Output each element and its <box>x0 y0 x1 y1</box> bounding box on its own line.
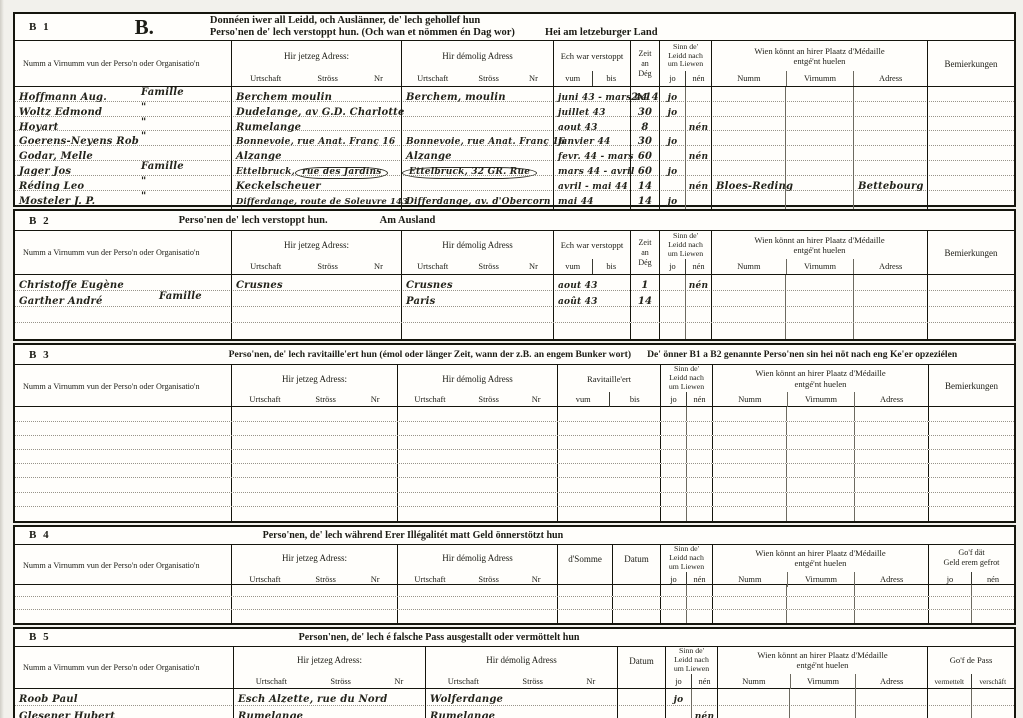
table-row: Godar, Melle Alzange Alzange fevr. 44 - … <box>15 146 1014 161</box>
cell-wien-numm <box>711 191 785 209</box>
cell-vermettelt <box>927 706 971 718</box>
cell-wien-adress <box>853 191 927 209</box>
adress-label: Adress <box>854 392 928 407</box>
cell-empty <box>231 597 397 609</box>
person-name: Christoffe Eugène <box>15 280 124 291</box>
wien-label: Wien könnt an hirer Plaatz d'Médailleent… <box>713 365 928 392</box>
virnumm-label: Virnumm <box>787 392 855 407</box>
demolig-label: Hir démolig Adress <box>398 365 557 392</box>
stross-label: Ströss <box>315 575 335 584</box>
cell-empty <box>557 436 660 449</box>
cell-empty <box>686 450 712 463</box>
cell-nen: nén <box>691 706 717 718</box>
b4-header-demolig: Hir démolig Adress UrtschaftStrössNr <box>397 545 557 587</box>
sinn-label: Sinn de'Leidd nachum Liewen <box>661 365 712 392</box>
cell-jo: jo <box>665 689 691 707</box>
demolig-label: Hir démolig Adress <box>402 41 553 71</box>
b1-header-sinn: Sinn de'Leidd nachum Liewen jonén <box>659 41 711 86</box>
famille-mark: " <box>137 176 146 187</box>
cell-empty <box>686 422 712 435</box>
wien-label: Wien könnt an hirer Plaatz d'Médailleent… <box>712 41 927 71</box>
cell-wien-adress <box>855 689 927 707</box>
wien-label-1: Wien könnt an hirer Plaatz d'Médaille <box>757 650 887 660</box>
nr-label: Nr <box>532 395 541 404</box>
b1-title-line2b: Hei am letzeburger Land <box>545 27 658 38</box>
cell-empty <box>712 610 786 623</box>
cell-empty <box>971 597 1014 609</box>
cell-empty <box>612 610 660 623</box>
cell-empty <box>231 323 401 339</box>
urtschaft-label: Urtschaft <box>256 677 287 686</box>
cell-empty <box>711 323 785 339</box>
b2-header-jetzeg: Hir jetzeg Adress: UrtschaftStrössNr <box>231 231 401 274</box>
urtschaft-label: Urtschaft <box>414 575 445 584</box>
gof-geld-label: Go'f dätGeld erem gefrot <box>929 545 1014 572</box>
gof-pass-label: Go'f de Pass <box>928 647 1014 674</box>
cell-jo: jo <box>659 191 685 209</box>
verschaft-label: verschäft <box>971 674 1015 689</box>
b2-title-bar: B 2 Perso'nen de' lech verstoppt hun. Am… <box>15 211 1014 231</box>
b4-column-headers: Numm a Virnumm vun der Perso'n oder Orga… <box>15 545 1014 585</box>
stross-label: Ströss <box>478 575 498 584</box>
wien-label-2: entgé'nt huelen <box>795 558 847 568</box>
cell-empty <box>854 585 928 597</box>
vum-bis-labels: vumbis <box>558 392 660 407</box>
sinn-label-3: um Liewen <box>668 250 703 259</box>
sinn-label-3: um Liewen <box>668 60 703 69</box>
person-name: Garther André <box>15 296 103 307</box>
cell-empty <box>15 450 231 463</box>
stross-label: Ströss <box>478 395 498 404</box>
section-b2: B 2 Perso'nen de' lech verstoppt hun. Am… <box>13 209 1016 341</box>
cell-name: Mosteler J. P." <box>15 191 231 209</box>
sinn-label: Sinn de'Leidd nachum Liewen <box>660 231 711 259</box>
jetzeg-label: Hir jetzeg Adress: <box>232 365 397 392</box>
cell-empty <box>397 422 557 435</box>
b4-body <box>15 585 1014 623</box>
wien-label-1: Wien könnt an hirer Plaatz d'Médaille <box>754 235 884 245</box>
stross-label: Ströss <box>522 677 542 686</box>
jo-mark: jo <box>674 695 684 705</box>
cell-empty <box>854 407 928 420</box>
cell-empty <box>686 597 712 609</box>
b4-header-gof-geld: Go'f dätGeld erem gefrot jonén <box>928 545 1014 587</box>
wien-sublabels: NummVirnummAdress <box>712 259 927 274</box>
cell-empty <box>854 464 928 477</box>
cell-wien-virnumm <box>785 191 853 209</box>
zeit-label-1: Zeit <box>639 238 652 248</box>
famille-mark: " <box>137 191 146 202</box>
cell-empty <box>660 493 686 506</box>
cell-empty <box>557 478 660 491</box>
sinn-label: Sinn de'Leidd nachum Liewen <box>666 647 717 674</box>
famille-mark: Famille <box>137 87 184 98</box>
b4-header-wien: Wien könnt an hirer Plaatz d'Médailleent… <box>712 545 928 587</box>
demolig-label: Hir démolig Adress <box>402 231 553 259</box>
b1-header-zeit: ZeitanDég <box>630 41 659 86</box>
b3-column-headers: Numm a Virnumm vun der Perso'n oder Orga… <box>15 365 1014 407</box>
nr-label: Nr <box>529 74 538 83</box>
jo-label: jo <box>661 392 686 407</box>
cell-empty <box>660 450 686 463</box>
zeit-label-2: an <box>641 59 649 69</box>
cell-empty <box>15 307 231 322</box>
cell-empty <box>786 493 854 506</box>
jo-label: jo <box>660 71 685 86</box>
cell-empty <box>397 478 557 491</box>
jetzeg-value: Crusnes <box>232 280 283 291</box>
cell-empty <box>660 597 686 609</box>
zeit-value: 1 <box>641 280 648 291</box>
bis-label: bis <box>592 259 631 274</box>
b1-header-wien: Wien könnt an hirer Plaatz d'Médailleent… <box>711 41 927 86</box>
cell-empty <box>971 585 1014 597</box>
cell-empty <box>928 422 1014 435</box>
vum-label: vum <box>558 392 609 407</box>
person-name: Roob Paul <box>15 694 78 705</box>
table-row: Woltz Edmond" Dudelange, av G.D. Charlot… <box>15 102 1014 117</box>
table-row: Christoffe Eugène Crusnes Crusnes aout 4… <box>15 275 1014 291</box>
cell-empty <box>15 610 231 623</box>
demolig-label: Hir démolig Adress <box>426 647 617 674</box>
cell-empty <box>712 478 786 491</box>
b5-header-sinn: Sinn de'Leidd nachum Liewen jonén <box>665 647 717 689</box>
cell-empty <box>786 610 854 623</box>
cell-empty <box>15 323 231 339</box>
virnumm-label: Virnumm <box>786 259 854 274</box>
wien-sublabels: NummVirnummAdress <box>718 674 927 689</box>
b3-title-bar: B 3 Perso'nen, de' lech ravitaille'ert h… <box>15 345 1014 365</box>
cell-empty <box>785 307 853 322</box>
cell-empty <box>660 464 686 477</box>
famille-mark: " <box>137 131 146 142</box>
b1-header-name: Numm a Virnumm vun der Perso'n oder Orga… <box>15 41 231 86</box>
wien-sublabels: NummVirnummAdress <box>712 71 927 86</box>
b3-header-wien: Wien könnt an hirer Plaatz d'Médailleent… <box>712 365 928 407</box>
cell-wien-virnumm <box>789 706 855 718</box>
cell-wien-adress <box>855 706 927 718</box>
b4-header-jetzeg: Hir jetzeg Adress: UrtschaftStrössNr <box>231 545 397 587</box>
jo-label: jo <box>660 259 685 274</box>
cell-zeit: 14 <box>630 191 659 209</box>
cell-empty <box>557 585 612 597</box>
cell-vermettelt <box>927 689 971 707</box>
cell-empty <box>612 597 660 609</box>
wien-label: Wien könnt an hirer Plaatz d'Médailleent… <box>712 231 927 259</box>
nr-label: Nr <box>586 677 595 686</box>
b2-header-bemierkungen: Bemierkungen <box>927 231 1014 274</box>
jetzeg-sublabels: UrtschaftStrössNr <box>232 71 401 86</box>
b3-header-jetzeg: Hir jetzeg Adress: UrtschaftStrössNr <box>231 365 397 407</box>
nr-label: Nr <box>374 262 383 271</box>
b1-body: Hoffmann Aug.Famille Berchem moulin Berc… <box>15 87 1014 205</box>
cell-name: Roob Paul <box>15 689 233 707</box>
stross-label: Ströss <box>330 677 350 686</box>
numm-label: Numm <box>713 392 787 407</box>
cell-empty <box>397 597 557 609</box>
cell-empty <box>397 493 557 506</box>
cell-empty <box>712 436 786 449</box>
cell-empty <box>686 464 712 477</box>
sinn-label: Sinn de'Leidd nachum Liewen <box>660 41 711 71</box>
cell-empty <box>15 422 231 435</box>
b2-column-headers: Numm a Virnumm vun der Perso'n oder Orga… <box>15 231 1014 275</box>
cell-empty <box>928 507 1014 521</box>
b5-title-bar: B 5 Person'nen, de' lech é falsche Pass … <box>15 629 1014 647</box>
b1-header-demolig: Hir démolig Adress UrtschaftStrössNr <box>401 41 553 86</box>
cell-empty <box>15 478 231 491</box>
zeit-value: 14 <box>638 296 652 307</box>
jo-mark: jo <box>668 197 678 207</box>
cell-jetzeg: Esch Alzette, rue du Nord <box>233 689 425 707</box>
b1-title-line1: Donnéen iwer all Leidd, och Auslänner, d… <box>210 15 658 27</box>
b5-header-name: Numm a Virnumm vun der Perso'n oder Orga… <box>15 647 233 689</box>
nr-label: Nr <box>529 262 538 271</box>
b1-big-letter: B. <box>135 17 154 38</box>
cell-empty <box>557 450 660 463</box>
vum-label: vum <box>554 71 592 86</box>
verstoppt-label: Ech war verstoppt <box>554 41 630 71</box>
urtschaft-label: Urtschaft <box>249 395 280 404</box>
cell-empty <box>660 436 686 449</box>
cell-empty <box>686 478 712 491</box>
nen-mark: nén <box>689 281 708 291</box>
cell-empty <box>786 450 854 463</box>
urtschaft-label: Urtschaft <box>250 74 281 83</box>
sinn-label-3: um Liewen <box>669 383 704 392</box>
cell-empty <box>397 610 557 623</box>
urtschaft-label: Urtschaft <box>414 395 445 404</box>
zeit-label-2: an <box>641 248 649 258</box>
cell-demolig: Wolferdange <box>425 689 617 707</box>
b2-body: Christoffe Eugène Crusnes Crusnes aout 4… <box>15 275 1014 339</box>
demolig-value: Rumelange <box>426 711 495 718</box>
b4-title-bar: B 4 Perso'nen, de' lech während Erer Ill… <box>15 527 1014 545</box>
jetzeg-value: Differdange, route de Soleuvre 143 <box>232 196 408 206</box>
section-b4: B 4 Perso'nen, de' lech während Erer Ill… <box>13 525 1016 625</box>
cell-empty <box>15 597 231 609</box>
b4-header-dsomme: d'Somme <box>557 545 612 587</box>
bis-label: bis <box>592 71 631 86</box>
stross-label: Ströss <box>317 262 337 271</box>
wien-sublabels: NummVirnummAdress <box>713 392 928 407</box>
b5-header-datum: Datum <box>617 647 665 689</box>
cell-empty <box>612 585 660 597</box>
table-row <box>15 610 1014 623</box>
cell-dates: mai 44 <box>553 191 630 209</box>
cell-empty <box>557 422 660 435</box>
cell-empty <box>711 307 785 322</box>
nr-label: Nr <box>374 74 383 83</box>
b3-title-2: De' önner B1 a B2 genannte Perso'nen sin… <box>647 349 957 360</box>
b5-column-headers: Numm a Virnumm vun der Perso'n oder Orga… <box>15 647 1014 689</box>
jetzeg-label: Hir jetzeg Adress: <box>232 231 401 259</box>
numm-label: Numm <box>712 259 786 274</box>
b1-column-headers: Numm a Virnumm vun der Perso'n oder Orga… <box>15 41 1014 87</box>
b2-header-zeit: ZeitanDég <box>630 231 659 274</box>
table-row <box>15 436 1014 450</box>
nr-label: Nr <box>371 575 380 584</box>
b2-header-wien: Wien könnt an hirer Plaatz d'Médailleent… <box>711 231 927 274</box>
sinn-label-3: um Liewen <box>669 563 704 572</box>
b3-body <box>15 407 1014 521</box>
cell-empty <box>231 610 397 623</box>
nen-label: nén <box>685 71 711 86</box>
jetzeg-label: Hir jetzeg Adress: <box>234 647 425 674</box>
cell-empty <box>401 323 553 339</box>
demolig-value: Crusnes <box>402 280 453 291</box>
demolig-value: Differdange, av. d'Obercorn <box>402 197 551 207</box>
table-row <box>15 493 1014 507</box>
stross-label: Ströss <box>315 395 335 404</box>
table-row <box>15 323 1014 339</box>
b1-title: Donnéen iwer all Leidd, och Auslänner, d… <box>210 15 658 40</box>
cell-empty <box>928 493 1014 506</box>
cell-empty <box>397 507 557 521</box>
cell-empty <box>854 597 928 609</box>
person-name: Mosteler J. P. <box>15 196 95 207</box>
b5-section-id: B 5 <box>15 631 51 643</box>
cell-empty <box>557 493 660 506</box>
b3-header-ravitailleert: Ravitaille'ert vumbis <box>557 365 660 407</box>
demolig-sublabels: UrtschaftStrössNr <box>402 71 553 86</box>
cell-empty <box>786 407 854 420</box>
wien-label-1: Wien könnt an hirer Plaatz d'Médaille <box>755 368 885 378</box>
demolig-label: Hir démolig Adress <box>398 545 557 572</box>
cell-jo <box>665 706 691 718</box>
cell-wien-numm <box>717 689 789 707</box>
cell-empty <box>686 507 712 521</box>
cell-empty <box>786 464 854 477</box>
cell-empty <box>660 407 686 420</box>
cell-bemierkungen <box>927 191 1014 209</box>
section-b5: B 5 Person'nen, de' lech é falsche Pass … <box>13 627 1016 718</box>
wien-label: Wien könnt an hirer Plaatz d'Médailleent… <box>713 545 928 572</box>
jo-nen-labels: jonén <box>660 259 711 274</box>
cell-empty <box>927 307 1014 322</box>
jetzeg-value: Esch Alzette, rue du Nord <box>234 694 387 705</box>
b1-title-line2-text: Perso'nen de' lech verstoppt hun. (Och w… <box>210 27 515 38</box>
famille-mark: " <box>137 102 146 113</box>
b2-section-id: B 2 <box>15 215 51 227</box>
cell-empty <box>928 450 1014 463</box>
cell-empty <box>712 585 786 597</box>
cell-empty <box>553 307 630 322</box>
table-row: Hoffmann Aug.Famille Berchem moulin Berc… <box>15 87 1014 102</box>
cell-empty <box>231 436 397 449</box>
b4-section-id: B 4 <box>15 529 51 541</box>
urtschaft-label: Urtschaft <box>417 74 448 83</box>
jo-label: jo <box>666 674 691 689</box>
cell-empty <box>231 493 397 506</box>
gof-geld-label-2: Geld erem gefrot <box>944 558 1000 568</box>
b5-header-jetzeg: Hir jetzeg Adress: UrtschaftStrössNr <box>233 647 425 689</box>
cell-verschaft <box>971 689 1014 707</box>
cell-empty <box>660 507 686 521</box>
cell-empty <box>557 507 660 521</box>
urtschaft-label: Urtschaft <box>417 262 448 271</box>
cell-empty <box>685 307 711 322</box>
cell-empty <box>686 436 712 449</box>
table-row: Hoyart" Rumelange aout 43 8 nén <box>15 117 1014 132</box>
table-row: Jager JosFamille Ettelbruck,rue des Jard… <box>15 161 1014 176</box>
table-row: Glesener Hubert Rumelange Rumelange nén <box>15 706 1014 718</box>
urtschaft-label: Urtschaft <box>250 262 281 271</box>
gof-pass-sublabels: vermetteltverschäft <box>928 674 1014 689</box>
b2-subtitle: Am Ausland <box>380 215 436 226</box>
cell-empty <box>686 610 712 623</box>
cell-empty <box>397 436 557 449</box>
wien-label-2: entgé'nt huelen <box>795 379 847 389</box>
cell-empty <box>630 307 659 322</box>
b3-header-bemierkungen: Bemierkungen <box>928 365 1014 407</box>
stross-label: Ströss <box>317 74 337 83</box>
dates-value: août 43 <box>554 297 598 307</box>
cell-empty <box>786 597 854 609</box>
cell-empty <box>928 610 971 623</box>
cell-empty <box>231 478 397 491</box>
b4-header-sinn: Sinn de'Leidd nachum Liewen jonén <box>660 545 712 587</box>
table-row: Garther AndréFamille Paris août 43 14 <box>15 291 1014 307</box>
b2-header-name: Numm a Virnumm vun der Perso'n oder Orga… <box>15 231 231 274</box>
cell-jetzeg: Differdange, route de Soleuvre 143 <box>231 191 401 209</box>
b5-header-gof-pass: Go'f de Pass vermetteltverschäft <box>927 647 1014 689</box>
famille-mark: Famille <box>155 291 202 302</box>
cell-empty <box>686 407 712 420</box>
wien-label-1: Wien könnt an hirer Plaatz d'Médaille <box>755 548 885 558</box>
adress-label: Adress <box>853 259 927 274</box>
cell-empty <box>659 307 685 322</box>
bis-label: bis <box>609 392 661 407</box>
wien-label-2: entgé'nt huelen <box>794 56 846 66</box>
table-row: Mosteler J. P." Differdange, route de So… <box>15 191 1014 206</box>
jo-nen-labels: jonén <box>660 71 711 86</box>
cell-datum <box>617 706 665 718</box>
cell-nen <box>685 191 711 209</box>
cell-empty <box>401 307 553 322</box>
cell-empty <box>786 478 854 491</box>
famille-mark: Famille <box>137 161 184 172</box>
cell-empty <box>854 422 928 435</box>
cell-empty <box>397 407 557 420</box>
cell-empty <box>927 323 1014 339</box>
wien-label-2: entgé'nt huelen <box>797 660 849 670</box>
cell-empty <box>660 422 686 435</box>
cell-empty <box>15 436 231 449</box>
adress-label: Adress <box>855 674 927 689</box>
cell-empty <box>786 585 854 597</box>
cell-empty <box>397 450 557 463</box>
b2-title: Perso'nen de' lech verstoppt hun. <box>179 215 328 226</box>
adress-label: Adress <box>853 71 927 86</box>
cell-verschaft <box>971 706 1014 718</box>
table-row: Goerens-Neyens Rob" Bonnevoie, rue Anat.… <box>15 131 1014 146</box>
famille-mark: " <box>137 117 146 128</box>
cell-empty <box>397 585 557 597</box>
cell-empty <box>854 436 928 449</box>
person-name: Glesener Hubert <box>15 711 115 718</box>
cell-empty <box>557 597 612 609</box>
table-row <box>15 507 1014 521</box>
sinn-label-3: um Liewen <box>674 665 709 674</box>
gof-geld-label-1: Go'f dät <box>958 548 984 558</box>
nen-label: nén <box>691 674 717 689</box>
vum-label: vum <box>554 259 592 274</box>
b1-header-bemierkungen: Bemierkungen <box>927 41 1014 86</box>
cell-empty <box>15 407 231 420</box>
b2-header-verstoppt: Ech war verstoppt vumbis <box>553 231 630 274</box>
stross-label: Ströss <box>478 262 498 271</box>
